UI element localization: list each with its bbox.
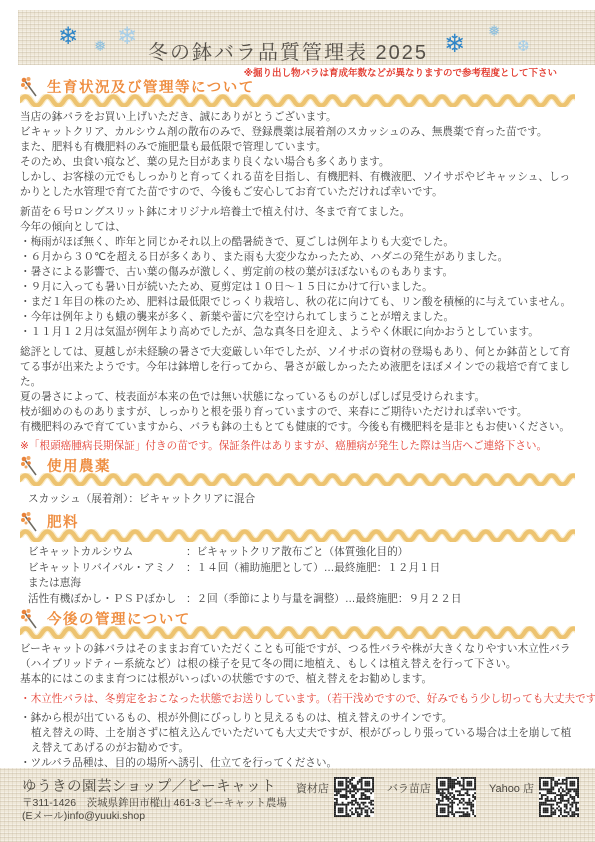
qr-links: 資材店 バラ苗店 Yahoo 店 — [296, 777, 579, 817]
bullet-line: ・梅雨がほぼ無く、昨年と同じかそれ以上の酷暑続きで、夏ごしは例年よりも大変でした… — [20, 235, 575, 250]
growth-summary: 総評としては、夏越しが未経験の暑さで大変厳しい年でしたが、ソイサポの資材の登場も… — [20, 345, 575, 435]
qr-code — [334, 777, 374, 817]
page-title: 冬の鉢バラ品質管理表 2025 — [18, 36, 558, 65]
shop-name: ゆうきの園芸ショップ／ビーキャット — [22, 775, 276, 796]
growth-paragraph-1: 当店の鉢バラをお買い上げいただき、誠にありがとうございます。 ビキャットクリア、… — [20, 110, 575, 200]
text-line: ビキャットクリア、カルシウム剤の散布のみで、登録農薬は展着剤のスカッシュのみ、無… — [20, 125, 575, 140]
bullet-line: ・鉢から根が出ているもの、根が外側にびっしりと見えるものは、植え替えのサインです… — [20, 711, 575, 726]
bullet-line: ・今年は例年よりも蛾の襲来が多く、新葉や蕾に穴を空けられてしまうことが増えました… — [20, 310, 575, 325]
fertilizer-row: ビキャットリバイバル・アミノまたは恵海 ：１４回（補助施肥として）…最終施肥：１… — [28, 561, 575, 592]
fertilizer-value: ：１４回（補助施肥として）…最終施肥：１２月１日 — [186, 561, 440, 592]
rickrack-divider — [20, 473, 575, 486]
warranty-note: ※「根頭癌腫病長期保証」付きの苗です。保証条件はありますが、癌腫病が発生した際は… — [20, 439, 575, 454]
bullet-line: ・９月に入っても暑い日が続いたため、夏剪定は１０日〜１５日にかけて行いました。 — [20, 280, 575, 295]
shop-email: (Eメール)info@yuuki.shop — [22, 808, 145, 823]
text-line: そのため、虫食い痕など、葉の見た目があまり良くない場合も多くあります。 — [20, 155, 575, 170]
pesticide-line: スカッシュ（展着剤）：ビキャットクリアに混合 — [20, 489, 575, 510]
section-title-pesticide: 使用農薬 — [47, 460, 111, 475]
fertilizer-row: 活性有機ぼかし・ＰＳＰぼかし ：２回（季節により与量を調整）…最終施肥：９月２２… — [28, 592, 575, 608]
qr-code — [539, 777, 579, 817]
bullet-line: ・まだ１年目の株のため、肥料は最低限でじっくり栽培し、秋の花に向けても、リン酸を… — [20, 295, 575, 310]
bullet-line: ・暑さによる影響で、古い葉の傷みが激しく、剪定前の枝の葉がほぼないものもあります… — [20, 265, 575, 280]
text-line: 新苗を６号ロングスリット鉢にオリジナル培養土で植え付け、冬まで育てました。 — [20, 205, 575, 220]
text-line: 今年の傾向としては、 — [20, 220, 575, 235]
rickrack-divider — [20, 529, 575, 542]
fertilizer-value: ：ビキャットクリア散布ごと（体質強化目的） — [186, 545, 408, 561]
bullet-continuation: 植え替えの時、土を崩さずに植え込んでいただいても大丈夫ですが、根がびっしり張って… — [20, 726, 575, 756]
section-title-fertilizer: 肥料 — [47, 516, 79, 531]
text-line: しかし、お客様の元でもしっかりと育ってくれる苗を目指し、有機肥料、有機液肥、ソイ… — [20, 170, 575, 200]
fertilizer-value: ：２回（季節により与量を調整）…最終施肥：９月２２日 — [186, 592, 461, 608]
fertilizer-name: ビキャットカルシウム — [28, 545, 186, 561]
text-line: 枝が細めのものありますが、しっかりと根を張り育っていますので、来春にご期待いただ… — [20, 405, 575, 420]
text-line: また、肥料も有機肥料のみで施肥量も最低限で管理しています。 — [20, 140, 575, 155]
text-line: 有機肥料のみで育てていますから、バラも鉢の土もとても健康的です。今後も有機肥料を… — [20, 420, 575, 435]
text-line: 基本的にはこのまま育つには根がいっぱいの状態ですので、植え替えをお勧めします。 — [20, 672, 575, 687]
qr-code — [436, 777, 476, 817]
disclaimer-note: ※掘り出し物バラは育成年数などが異なりますので参考程度として下さい — [20, 65, 557, 79]
header-band: ❄ ❅ ❄ ❄ ❅ ❆ 冬の鉢バラ品質管理表 2025 — [18, 10, 595, 65]
fertilizer-table: ビキャットカルシウム ：ビキャットクリア散布ごと（体質強化目的） ビキャットリバ… — [20, 545, 575, 607]
qr-label: バラ苗店 — [387, 780, 431, 796]
fertilizer-name: ビキャットリバイバル・アミノまたは恵海 — [28, 561, 186, 592]
qr-label: Yahoo 店 — [489, 780, 534, 796]
document-page: ❄ ❅ ❄ ❄ ❅ ❆ 冬の鉢バラ品質管理表 2025 ※掘り出し物バラは育成年… — [0, 0, 595, 842]
footer-band: ゆうきの園芸ショップ／ビーキャット 〒311-1426 茨城県鉾田市樅山 461… — [0, 768, 595, 842]
rickrack-divider — [20, 626, 575, 639]
bullet-line: ・６月から３０℃を超える日が多くあり、また雨も大変少なかったため、ハダニの発生が… — [20, 250, 575, 265]
text-line: ビーキャットの鉢バラはそのままお育ていただくことも可能ですが、つる性バラや株が大… — [20, 642, 575, 672]
fertilizer-row: ビキャットカルシウム ：ビキャットクリア散布ごと（体質強化目的） — [28, 545, 575, 561]
qr-group-yahoo: Yahoo 店 — [489, 777, 579, 817]
management-paragraph: ビーキャットの鉢バラはそのままお育ていただくことも可能ですが、つる性バラや株が大… — [20, 642, 575, 687]
growth-paragraph-2: 新苗を６号ロングスリット鉢にオリジナル培養土で植え付け、冬まで育てました。 今年… — [20, 205, 575, 340]
qr-group-roses: バラ苗店 — [387, 777, 476, 817]
text-line: 夏の暑さによって、枝表面が本来の色では無い状態になっているものがしばしば見受けら… — [20, 390, 575, 405]
fertilizer-name: 活性有機ぼかし・ＰＳＰぼかし — [28, 592, 186, 608]
document-body: 生育状況及び管理等について 当店の鉢バラをお買い上げいただき、誠にありがとうござ… — [20, 79, 575, 793]
qr-group-supplies: 資材店 — [296, 777, 374, 817]
rickrack-divider — [20, 94, 575, 107]
bullet-line: ・１１月１２月は気温が例年より高めでしたが、急な真冬日を迎え、ようやく休眠に向か… — [20, 325, 575, 340]
management-red-note: ・木立性バラは、冬剪定をおこなった状態でお送りしています。（若干浅めですので、好… — [20, 692, 575, 707]
qr-label: 資材店 — [296, 780, 329, 796]
text-line: 総評としては、夏越しが未経験の暑さで大変厳しい年でしたが、ソイサポの資材の登場も… — [20, 345, 575, 390]
text-line: 当店の鉢バラをお買い上げいただき、誠にありがとうございます。 — [20, 110, 575, 125]
